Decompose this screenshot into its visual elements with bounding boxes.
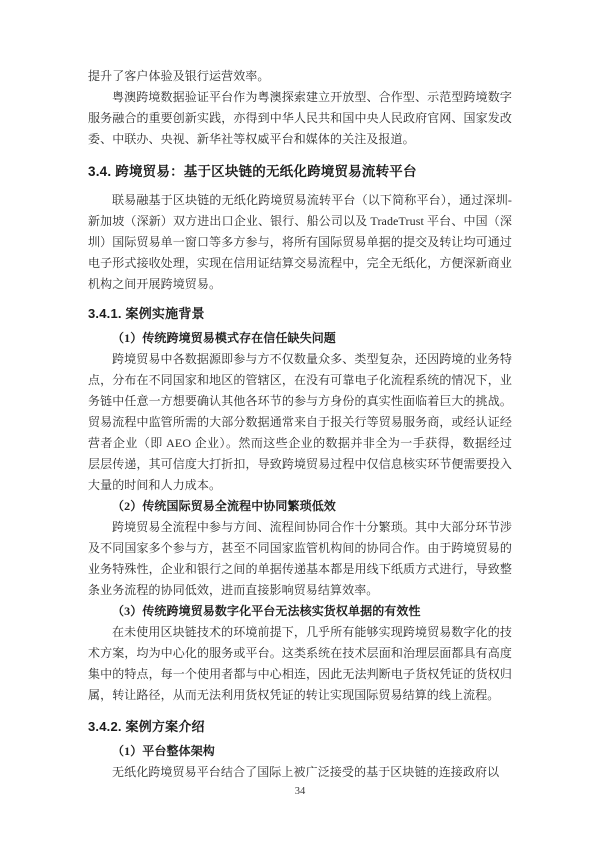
paragraph-item-3-body: 在未使用区块链技术的环境前提下，几乎所有能够实现跨境贸易数字化的技术方案，均为中… [88,622,512,706]
section-heading-3-4: 3.4. 跨境贸易：基于区块链的无纸化跨境贸易流转平台 [88,162,512,182]
paragraph-section-3-4-intro: 联易融基于区块链的无纸化跨境贸易流转平台（以下简称平台），通过深圳-新加坡（深新… [88,190,512,295]
paragraph-previous-section-end: 提升了客户体验及银行运营效率。 [88,66,512,87]
item-heading-1-trust-gap: （1）传统跨境贸易模式存在信任缺失问题 [88,328,512,349]
item-heading-2-inefficient-collaboration: （2）传统国际贸易全流程中协同繁琐低效 [88,496,512,517]
item-heading-platform-architecture: （1）平台整体架构 [88,741,512,762]
paragraph-item-2-body: 跨境贸易全流程中参与方间、流程间协同合作十分繁琐。其中大部分环节涉及不同国家多个… [88,517,512,601]
paragraph-yueao-platform: 粤澳跨境数据验证平台作为粤澳探索建立开放型、合作型、示范型跨境数字服务融合的重要… [88,87,512,150]
item-heading-3-document-validity: （3）传统跨境贸易数字化平台无法核实货权单据的有效性 [88,601,512,622]
paragraph-item-1-body: 跨境贸易中各数据源即参与方不仅数量众多、类型复杂，还因跨境的业务特点，分布在不同… [88,349,512,496]
subsection-heading-3-4-1: 3.4.1. 案例实施背景 [88,304,512,324]
paragraph-platform-architecture-body: 无纸化跨境贸易平台结合了国际上被广泛接受的基于区块链的连接政府以 [88,762,512,783]
page-number: 34 [0,785,600,799]
document-page: 提升了客户体验及银行运营效率。 粤澳跨境数据验证平台作为粤澳探索建立开放型、合作… [0,0,600,848]
subsection-heading-3-4-2: 3.4.2. 案例方案介绍 [88,717,512,737]
